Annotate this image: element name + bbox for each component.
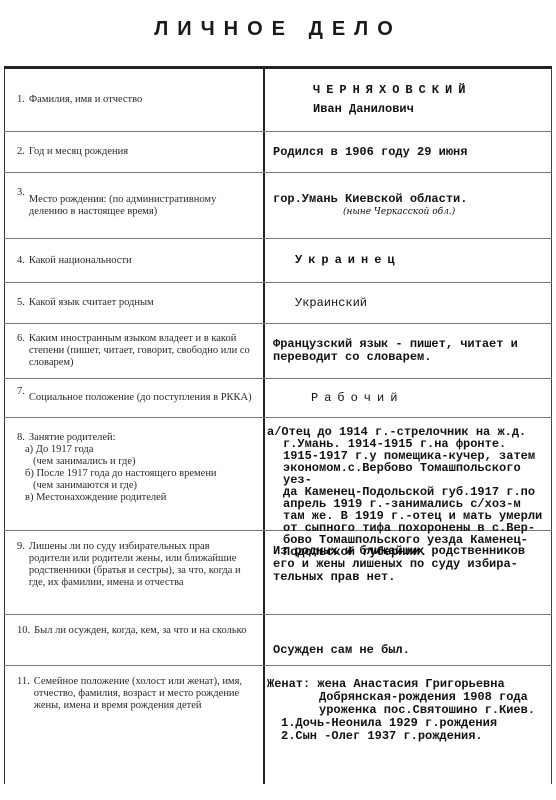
question-cell: 2. Год и месяц рождения — [4, 132, 265, 172]
question-number: 2. — [17, 146, 25, 158]
answer-cell: Украинец — [265, 239, 552, 282]
answer-cell: Французский язык - пишет, читает и перев… — [265, 324, 552, 378]
answer-line: Украинец — [273, 254, 543, 267]
answer-cell: Осужден сам не был. — [265, 615, 552, 665]
answer-cell: а/Отец до 1914 г.-стрелочник на ж.д. г.У… — [265, 418, 552, 530]
question-number: 4. — [17, 255, 25, 267]
row-family-status: 11. Семейное положение (холост или женат… — [4, 666, 552, 784]
answer-line: Осужден сам не был. — [273, 644, 543, 657]
question-number: 1. — [17, 94, 25, 106]
question-text: Какой национальности — [29, 255, 132, 267]
answer-line: переводит со словарем. — [273, 351, 543, 364]
answer-line: Рабочий — [273, 392, 543, 405]
question-number: 10. — [17, 625, 30, 637]
answer-line: Родился в 1906 году 29 июня — [273, 146, 543, 159]
question-number: 11. — [17, 676, 30, 688]
question-text: а) До 1917 года — [17, 444, 217, 456]
answer-line: Украинский — [273, 297, 543, 310]
personal-file-table: 1. Фамилия, имя и отчество ЧЕРНЯХОВСКИЙ … — [4, 66, 552, 784]
question-cell: 5. Какой язык считает родным — [4, 283, 265, 323]
row-birth-place: 3. Место рождения: (по административному… — [4, 173, 552, 239]
answer-cell: Из родных и ближайших родственников его … — [265, 531, 552, 614]
answer-line: гор.Умань Киевской области. — [273, 193, 543, 206]
answer-line: ЧЕРНЯХОВСКИЙ — [273, 84, 543, 97]
question-cell: 10. Был ли осужден, когда, кем, за что и… — [4, 615, 265, 665]
question-text: Занятие родителей: — [29, 432, 116, 443]
row-voting-rights: 9. Лишены ли по суду избирательных прав … — [4, 531, 552, 615]
question-text: Социальное положение (до поступления в Р… — [29, 392, 252, 404]
answer-line: 2.Сын -Олег 1937 г.рождения. — [267, 730, 543, 743]
answer-cell: Женат: жена Анастасия Григорьевна Добрян… — [265, 666, 552, 784]
question-text: (чем занимались и где) — [17, 456, 217, 468]
question-text: Фамилия, имя и отчество — [29, 94, 142, 106]
row-full-name: 1. Фамилия, имя и отчество ЧЕРНЯХОВСКИЙ … — [4, 69, 552, 132]
question-cell: 4. Какой национальности — [4, 239, 265, 282]
question-cell: 1. Фамилия, имя и отчество — [4, 69, 265, 131]
question-text: Лишены ли по суду избирательных прав род… — [29, 541, 253, 589]
question-cell: 9. Лишены ли по суду избирательных прав … — [4, 531, 265, 614]
row-foreign-language: 6. Каким иностранным языком владеет и в … — [4, 324, 552, 379]
question-cell: 8.Занятие родителей: а) До 1917 года (че… — [4, 418, 265, 530]
handwritten-note: (ныне Черкасской обл.) — [343, 206, 543, 219]
question-cell: 3. Место рождения: (по административному… — [4, 173, 265, 238]
row-native-language: 5. Какой язык считает родным Украинский — [4, 283, 552, 324]
answer-line: экономом.с.Вербово Томашпольского уез- — [267, 462, 543, 486]
answer-line: Иван Данилович — [273, 103, 543, 116]
question-number: 7. — [17, 386, 25, 398]
question-text: Место рождения: (по административному де… — [29, 194, 253, 218]
answer-cell: ЧЕРНЯХОВСКИЙ Иван Данилович — [265, 69, 552, 131]
row-nationality: 4. Какой национальности Украинец — [4, 239, 552, 283]
question-text: Каким иностранным языком владеет и в как… — [29, 333, 253, 369]
row-convictions: 10. Был ли осужден, когда, кем, за что и… — [4, 615, 552, 666]
question-cell: 6. Каким иностранным языком владеет и в … — [4, 324, 265, 378]
question-cell: 7. Социальное положение (до поступления … — [4, 379, 265, 417]
document-title: ЛИЧНОЕ ДЕЛО — [0, 18, 556, 41]
answer-cell: гор.Умань Киевской области. (ныне Черкас… — [265, 173, 552, 238]
question-text: (чем занимаются и где) — [17, 480, 217, 492]
answer-cell: Родился в 1906 году 29 июня — [265, 132, 552, 172]
question-text: Какой язык считает родным — [29, 297, 154, 309]
question-number: 3. — [17, 187, 25, 199]
answer-cell: Рабочий — [265, 379, 552, 417]
question-number: 9. — [17, 541, 25, 553]
row-social-status: 7. Социальное положение (до поступления … — [4, 379, 552, 418]
question-number: 5. — [17, 297, 25, 309]
question-cell: 11. Семейное положение (холост или женат… — [4, 666, 265, 784]
question-number: 6. — [17, 333, 25, 345]
question-number: 8. — [17, 432, 25, 443]
question-text: в) Местонахождение родителей — [17, 492, 217, 504]
row-birth-date: 2. Год и месяц рождения Родился в 1906 г… — [4, 132, 552, 173]
question-text: Год и месяц рождения — [29, 146, 128, 158]
question-text: Был ли осужден, когда, кем, за что и на … — [34, 625, 246, 637]
answer-cell: Украинский — [265, 283, 552, 323]
question-text: Семейное положение (холост или женат), и… — [34, 676, 253, 712]
answer-line: тельных прав нет. — [273, 571, 543, 584]
question-text: б) После 1917 года до настоящего времени — [17, 468, 217, 480]
row-parents-occupation: 8.Занятие родителей: а) До 1917 года (че… — [4, 418, 552, 531]
